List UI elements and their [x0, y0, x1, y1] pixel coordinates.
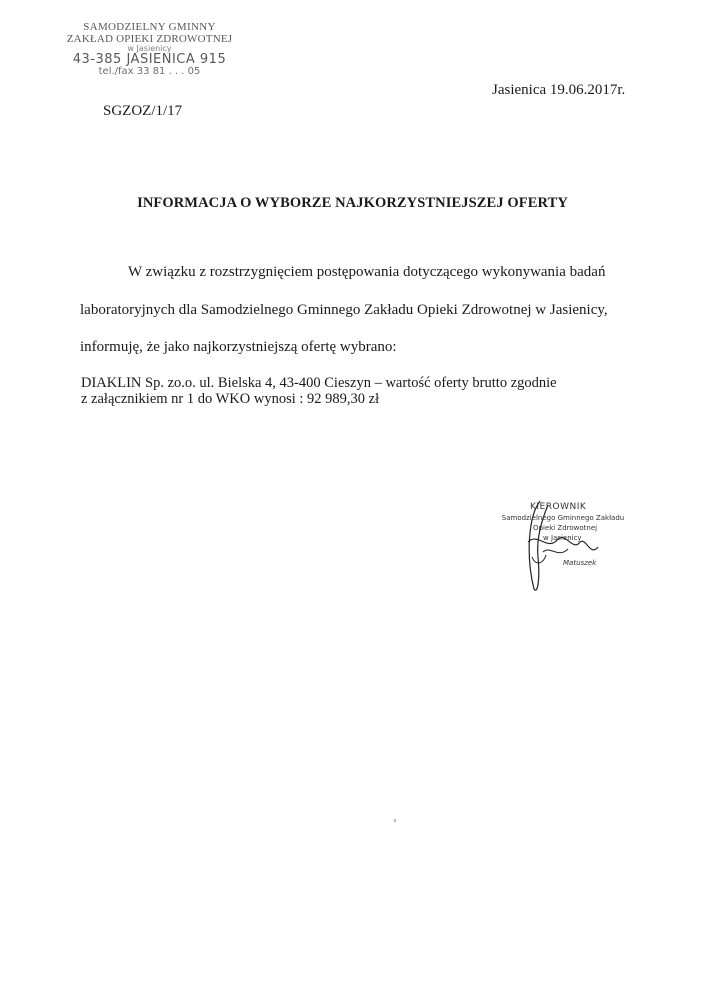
document-date: Jasienica 19.06.2017r. [492, 82, 625, 99]
offer-line-2: z załącznikiem nr 1 do WKO wynosi : 92 9… [81, 391, 379, 408]
signature-line-2: Samodzielnego Gminnego Zakładu [488, 514, 638, 522]
document-title: INFORMACJA O WYBORZE NAJKORZYSTNIEJSZEJ … [0, 195, 705, 212]
institution-stamp: SAMODZIELNY GMINNY ZAKŁAD OPIEKI ZDROWOT… [62, 22, 237, 78]
body-line-3: informuję, że jako najkorzystniejszą ofe… [80, 339, 397, 356]
signature-line-3: Opieki Zdrowotnej [533, 524, 597, 532]
body-line-1: W związku z rozstrzygnięciem postępowani… [128, 264, 605, 281]
stamp-line-1: SAMODZIELNY GMINNY [62, 22, 237, 34]
body-line-2: laboratoryjnych dla Samodzielnego Gminne… [80, 302, 608, 319]
signature-title: KIEROWNIK [530, 502, 586, 512]
signature-line-4: w Jasienicy [543, 534, 582, 542]
signature-name: Matuszek [563, 559, 596, 567]
stamp-line-4: 43-385 JASIENICA 915 [62, 53, 237, 67]
offer-line-1: DIAKLIN Sp. zo.o. ul. Bielska 4, 43-400 … [81, 375, 557, 392]
signature-block: KIEROWNIK Samodzielnego Gminnego Zakładu… [488, 497, 638, 597]
handwritten-signature-icon [488, 497, 638, 597]
reference-number: SGZOZ/1/17 [103, 103, 182, 120]
stamp-line-5: tel./fax 33 81 . . . 05 [62, 67, 237, 78]
scan-speck [394, 819, 396, 822]
